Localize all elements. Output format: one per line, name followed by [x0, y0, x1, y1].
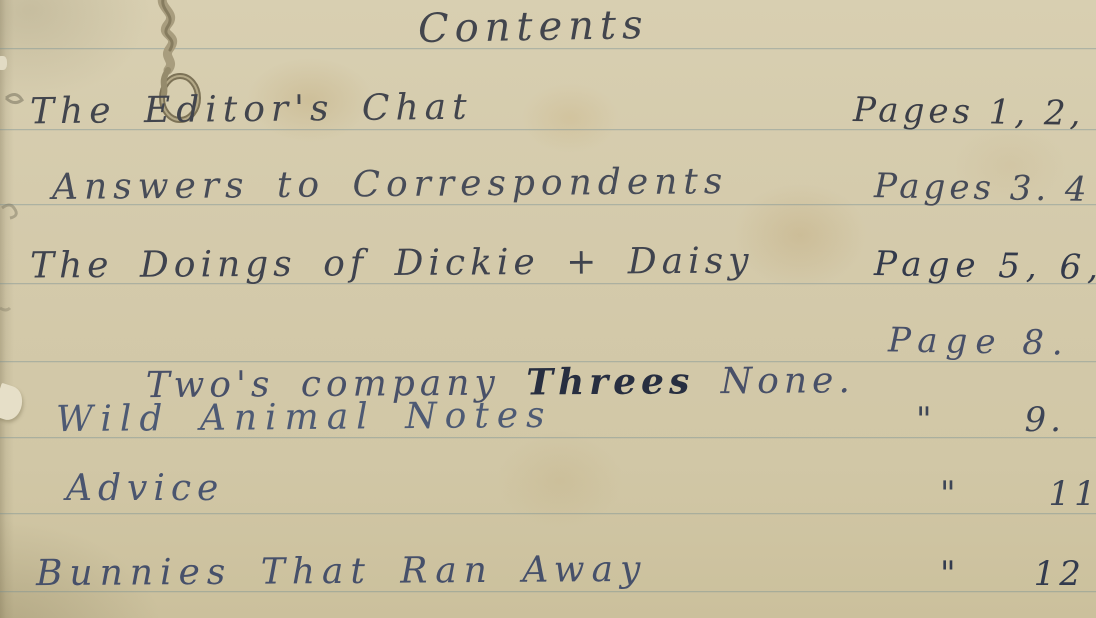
toc-entry-pages: " 9.: [916, 400, 1065, 440]
toc-entry-pages: Pages 3. 4: [874, 166, 1091, 210]
toc-entry-title: Advice: [66, 468, 224, 509]
page-title: Contents: [418, 2, 649, 52]
toc-entry-title-part: None.: [694, 360, 855, 402]
toc-entry-title: Bunnies That Ran Away: [36, 549, 648, 594]
toc-entry-title: Answers to Correspondents: [52, 161, 729, 208]
toc-entry-pages: " 12 +: [940, 554, 1096, 594]
toc-entry-title: Wild Animal Notes: [56, 395, 553, 440]
toc-entry-pages: Page 5, 6,: [874, 244, 1096, 288]
toc-entry-title: The Editor's Chat: [30, 87, 473, 133]
toc-entry-pages: Pages 1, 2,: [853, 90, 1085, 134]
ruled-line: [0, 513, 1096, 514]
notebook-page: Contents The Editor's Chat Answers to Co…: [0, 0, 1096, 618]
toc-entry-pages: " 11: [940, 474, 1096, 514]
toc-entry-title: The Doings of Dickie + Daisy: [30, 240, 754, 286]
paper-nick: [0, 56, 7, 70]
toc-entry-pages: Page 8.: [888, 320, 1071, 363]
